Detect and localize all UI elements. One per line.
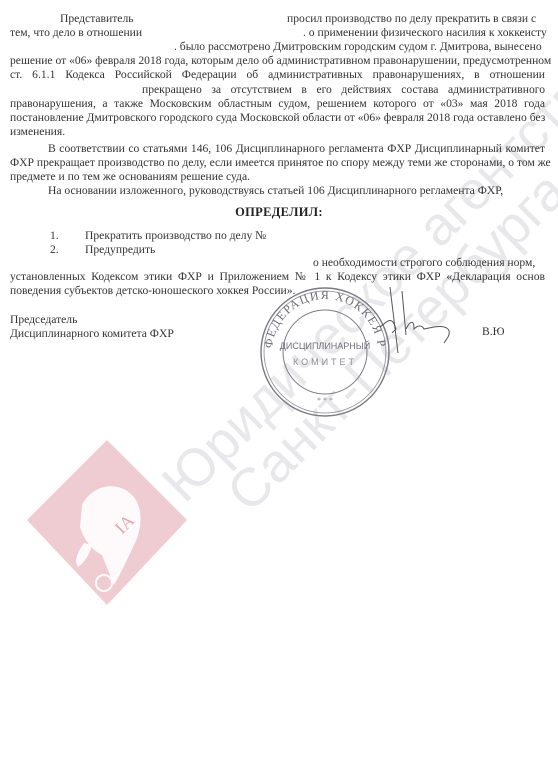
watermark-logo-icon: IA <box>22 435 192 615</box>
document-page: IA Юридическое агентство Санкт-Петербург… <box>0 0 558 774</box>
p1-line9: изменения. <box>10 125 65 139</box>
p2-line2: ФХР прекращает производство по делу, есл… <box>10 156 545 170</box>
decision-heading: ОПРЕДЕЛИЛ: <box>0 205 558 219</box>
p1-line4: решение от «06» февраля 2018 года, котор… <box>10 54 545 68</box>
p1-line1-right: просил производство по делу прекратить в… <box>287 12 536 26</box>
handwritten-signature-icon <box>378 285 468 360</box>
svg-text:ФЕДЕРАЦИЯ ХОККЕЯ РОССИИ: ФЕДЕРАЦИЯ ХОККЕЯ РОССИИ <box>258 285 389 349</box>
p1-line3: . было рассмотрено Дмитровским городским… <box>174 40 542 54</box>
stamp-inner-line2: КОМИТЕТ <box>293 357 357 367</box>
signatory-initials: В.Ю <box>482 325 505 339</box>
item2-text: Предупредить <box>85 243 155 257</box>
watermark-logo-text: IA <box>111 510 139 538</box>
signatory-title-line1: Председатель <box>10 313 77 327</box>
official-stamp-icon: ФЕДЕРАЦИЯ ХОККЕЯ РОССИИ ДИСЦИПЛИНАРНЫЙ К… <box>258 285 392 419</box>
svg-text:* * *: * * * <box>317 396 333 405</box>
p1-line1-left: Представитель <box>60 12 134 26</box>
item1-number: 1. <box>50 229 59 243</box>
p3-line: На основании изложенного, руководствуясь… <box>48 184 503 198</box>
item1-text: Прекратить производство по делу № <box>85 229 266 243</box>
stamp-outer-text: ФЕДЕРАЦИЯ ХОККЕЯ РОССИИ <box>258 285 389 349</box>
item2-cont-line1: установленных Кодексом этики ФХР и Прило… <box>10 270 545 284</box>
p1-line7: правонарушения, а также Московским облас… <box>10 97 545 111</box>
signatory-title-line2: Дисциплинарного комитета ФХР <box>10 327 174 341</box>
p1-line6: прекращено за отсутствием в его действия… <box>142 83 545 97</box>
p2-line1: В соответствии со статьями 146, 106 Дисц… <box>48 142 545 156</box>
item2-text-right: о необходимости строгого соблюдения норм… <box>313 256 535 270</box>
p1-line5: ст. 6.1.1 Кодекса Российской Федерации о… <box>10 68 545 82</box>
item2-cont-line2: поведения субъектов детско-юношеского хо… <box>10 284 295 298</box>
stamp-inner-line1: ДИСЦИПЛИНАРНЫЙ <box>280 340 370 351</box>
item2-number: 2. <box>50 243 59 257</box>
p2-line3: предмете и по тем же основаниям решение … <box>10 170 250 184</box>
p1-line2-left: тем, что дело в отношении <box>10 26 142 40</box>
p1-line2-right: . о применении физического насилия к хок… <box>303 26 547 40</box>
p1-line8: постановление Дмитровского городского су… <box>10 111 545 125</box>
